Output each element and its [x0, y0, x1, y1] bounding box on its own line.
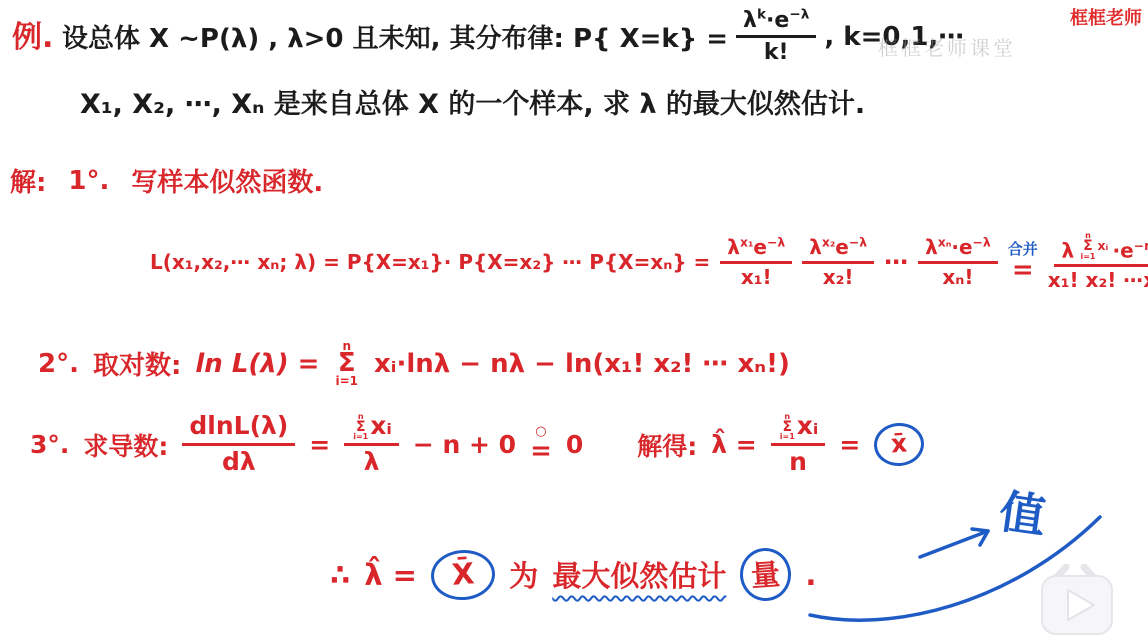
step1-title: 写样本似然函数.	[131, 162, 323, 199]
step2-number: 2°.	[38, 349, 79, 379]
step3-title: 求导数:	[83, 427, 168, 463]
log-tail: xᵢ·lnλ − nλ − ln(x₁! x₂! ⋯ xₙ!)	[374, 349, 790, 379]
pmf-numerator: λk·e−λ	[736, 8, 816, 38]
zero-value: 0	[566, 430, 583, 459]
conclusion-period: .	[805, 558, 816, 592]
deriv-middle: − n + 0	[413, 430, 516, 459]
step1-number: 1°.	[68, 166, 109, 196]
problem-line2: X₁, X₂, ⋯, Xₙ 是来自总体 X 的一个样本, 求 λ 的最大似然估计…	[80, 82, 865, 121]
step3-number: 3°.	[30, 430, 69, 459]
likelihood-frac-1: λx₁e−λ x₁!	[720, 236, 792, 289]
pmf-fraction: λk·e−λ k!	[736, 8, 816, 66]
likelihood-lhs: L(x₁,x₂,⋯ xₙ; λ) = P{X=x₁}· P{X=x₂} ⋯ P{…	[150, 250, 710, 274]
deriv-equals: =	[309, 430, 330, 459]
solve-result-label: 解得:	[637, 427, 697, 463]
problem-line1-text: 设总体 X ~P(λ) , λ>0 且未知, 其分布律: P{ X=k} =	[62, 18, 728, 55]
brand-watermark: 框框老师	[1070, 4, 1142, 30]
sum-symbol-log: n Σ i=1	[335, 340, 358, 387]
lambda-hat-equals: λ̂ =	[711, 430, 756, 459]
set-zero-equals: ○ =	[530, 425, 552, 464]
bilibili-tv-play-icon	[1032, 564, 1124, 638]
merge-equals: 合并 =	[1008, 242, 1038, 283]
liang-circled: 量	[739, 546, 794, 602]
likelihood-frac-2: λx₂e−λ x₂!	[802, 236, 874, 289]
example-tag: 例.	[12, 12, 53, 56]
therefore-symbol: ∴	[330, 558, 350, 592]
step2-title: 取对数:	[93, 345, 181, 382]
sum-over-lambda-frac: nΣi=1xᵢ λ	[344, 412, 399, 477]
sum-exponent: n Σ i=1	[1080, 232, 1095, 261]
likelihood-dots: ⋯	[884, 248, 908, 276]
solve-label: 解:	[10, 162, 46, 199]
Xbar-circled: X̄	[429, 547, 497, 601]
conclusion-wei: 为	[509, 554, 538, 595]
likelihood-frac-merged: λ n Σ i=1 xᵢ ·e−nλ x₁! x₂! ⋯xₙ!	[1048, 232, 1148, 292]
classroom-watermark: 框框老师课堂	[878, 32, 1016, 61]
likelihood-frac-n: λxₙ·e−λ xₙ!	[918, 236, 998, 289]
log-lhs: ln L(λ) =	[195, 349, 319, 379]
conclusion-lhs: λ̂ =	[364, 558, 417, 592]
pmf-denominator: k!	[764, 38, 789, 65]
derivative-frac: dlnL(λ) dλ	[182, 412, 295, 477]
conclusion-phrase: 最大似然估计	[552, 554, 726, 595]
